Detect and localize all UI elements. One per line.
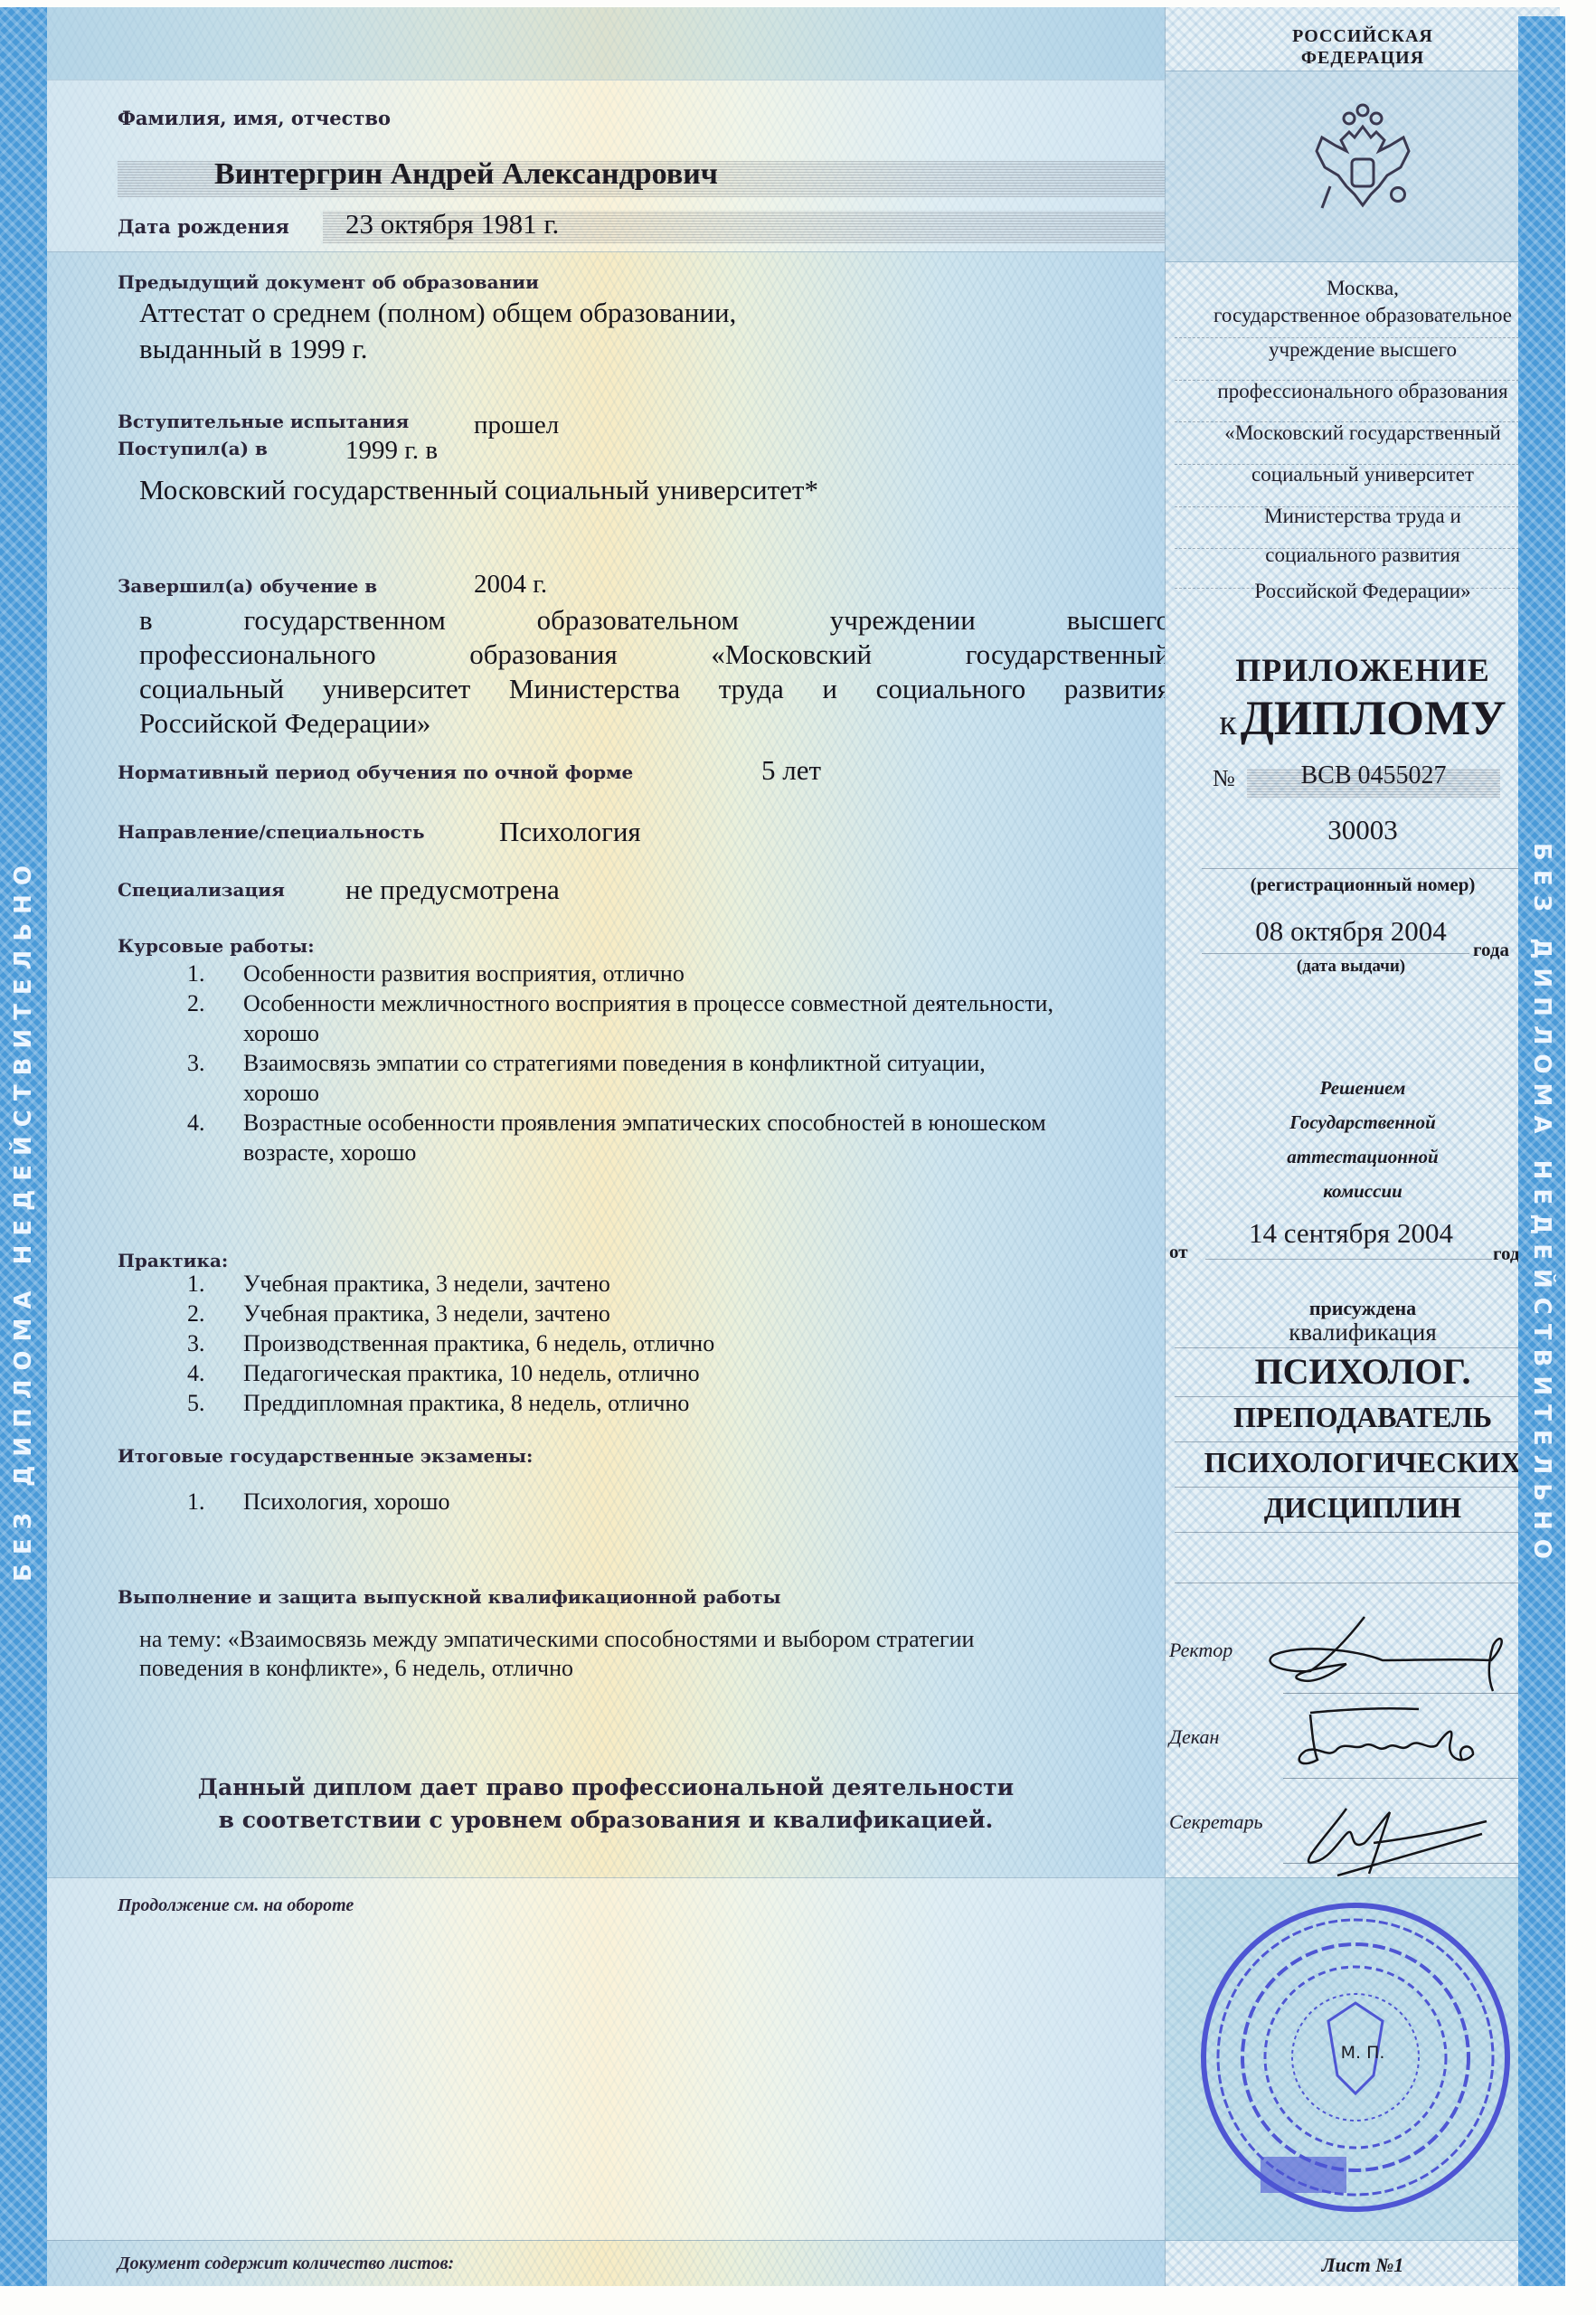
issue-date: 08 октября 2004 <box>1202 915 1500 948</box>
thesis-line2: поведения в конфликте», 6 недель, отличн… <box>139 1655 573 1682</box>
final-exams-list: 1.Психология, хорошо <box>187 1487 1055 1517</box>
registration-number: 30003 <box>1166 814 1560 846</box>
practice-item: 4.Педагогическая практика, 10 недель, от… <box>187 1358 1055 1388</box>
issue-date-caption: (дата выдачи) <box>1202 957 1500 977</box>
secretary-signature-line <box>1283 1863 1542 1864</box>
divider <box>1175 588 1551 589</box>
sheets-count-note: Документ содержит количество листов: <box>118 2254 454 2274</box>
country-line1: РОССИЙСКАЯ <box>1166 25 1560 47</box>
coursework-label: Курсовые работы: <box>118 935 315 957</box>
entrance-exams-label: Вступительные испытания <box>118 411 409 432</box>
divider <box>1175 1532 1551 1533</box>
divider <box>1175 548 1551 549</box>
rights-statement-line2: в соответствии с уровнем образования и к… <box>47 1807 1165 1833</box>
birth-date-value: 23 октября 1981 г. <box>345 208 559 241</box>
secretary-signature-icon <box>1283 1807 1554 1879</box>
title-diploma-word: ДИПЛОМУ <box>1241 691 1506 745</box>
qualification-line: ПСИХОЛОГИЧЕСКИХ <box>1166 1440 1560 1485</box>
thesis-label: Выполнение и защита выпускной квалификац… <box>118 1586 781 1608</box>
thesis-line1: на тему: «Взаимосвязь между эмпатическим… <box>139 1626 974 1653</box>
institution-line: Москва, <box>1166 275 1560 302</box>
divider <box>1175 380 1551 381</box>
institution-line: профессионального образования <box>1166 371 1560 412</box>
registration-number-caption: (регистрационный номер) <box>1166 874 1560 896</box>
decision-line: Решением <box>1166 1071 1560 1105</box>
divider <box>1205 1259 1492 1260</box>
supplement-title-line2: к ДИПЛОМУ <box>1166 690 1560 746</box>
decision-line: аттестационной <box>1166 1139 1560 1174</box>
institution-line: «Московский государственный <box>1166 412 1560 454</box>
institution-line: Российской Федерации» <box>1166 573 1560 609</box>
coursework-item: 1.Особенности развития восприятия, отлич… <box>187 959 1055 988</box>
divider <box>1175 337 1551 338</box>
completion-line4: Российской Федерации» <box>139 707 430 740</box>
institution-line: Министерства труда и <box>1166 496 1560 537</box>
diploma-number: ВСВ 0455027 <box>1256 761 1491 790</box>
double-headed-eagle-icon <box>1295 97 1431 232</box>
rights-statement-line1: Данный диплом дает право профессионально… <box>47 1774 1165 1800</box>
divider <box>1175 1487 1551 1488</box>
divider <box>1175 1441 1551 1442</box>
left-security-band: БЕЗ ДИПЛОМА НЕДЕЙСТВИТЕЛЬНО <box>0 7 47 2286</box>
decision-from: от <box>1169 1241 1188 1263</box>
dean-label: Декан <box>1169 1725 1219 1749</box>
band-warning-text: БЕЗ ДИПЛОМА НЕДЕЙСТВИТЕЛЬНО <box>1528 843 1555 1568</box>
dean-signature-line <box>1283 1778 1542 1779</box>
birth-date-label: Дата рождения <box>118 215 289 238</box>
divider <box>1175 506 1551 507</box>
band-warning-text: БЕЗ ДИПЛОМА НЕДЕЙСТВИТЕЛЬНО <box>10 856 37 1582</box>
divider <box>1175 1347 1551 1348</box>
study-period-value: 5 лет <box>761 754 821 787</box>
rector-signature-line <box>1283 1693 1542 1694</box>
coursework-list: 1.Особенности развития восприятия, отлич… <box>187 959 1055 1167</box>
qualification-line: ДИСЦИПЛИН <box>1166 1485 1560 1530</box>
completion-line1: в государственном образовательном учрежд… <box>139 604 1170 637</box>
qualification: ПСИХОЛОГ. ПРЕПОДАВАТЕЛЬ ПСИХОЛОГИЧЕСКИХ … <box>1166 1349 1560 1530</box>
previous-education-label: Предыдущий документ об образовании <box>118 271 539 293</box>
enrolled-label: Поступил(а) в <box>118 438 268 459</box>
continuation-zone <box>47 1877 1165 2241</box>
number-sign: № <box>1213 765 1235 792</box>
practice-item: 1.Учебная практика, 3 недели, зачтено <box>187 1269 1055 1299</box>
rector-label: Ректор <box>1169 1639 1232 1662</box>
qualification-line: ПСИХОЛОГ. <box>1166 1349 1560 1394</box>
decision-line: комиссии <box>1166 1174 1560 1208</box>
decision-date: 14 сентября 2004 <box>1202 1217 1500 1250</box>
institution-line: учреждение высшего <box>1166 329 1560 371</box>
divider <box>1175 464 1551 465</box>
divider <box>1175 421 1551 422</box>
previous-education-line2: выданный в 1999 г. <box>139 333 367 365</box>
practice-item: 2.Учебная практика, 3 недели, зачтено <box>187 1299 1055 1328</box>
country-line2: ФЕДЕРАЦИЯ <box>1166 47 1560 69</box>
practice-item: 5.Преддипломная практика, 8 недель, отли… <box>187 1388 1055 1418</box>
completion-year: 2004 г. <box>474 570 547 600</box>
practice-list: 1.Учебная практика, 3 недели, зачтено 2.… <box>187 1269 1055 1418</box>
top-pattern-band <box>47 7 1165 80</box>
supplement-title-line1: ПРИЛОЖЕНИЕ <box>1166 651 1560 689</box>
enrolled-institution: Московский государственный социальный ун… <box>139 474 818 506</box>
coursework-item: 2.Особенности межличностного восприятия … <box>187 988 1055 1048</box>
completion-label: Завершил(а) обучение в <box>118 575 377 597</box>
study-period-label: Нормативный период обучения по очной фор… <box>118 761 633 783</box>
specialization-label: Специализация <box>118 879 285 901</box>
divider <box>1175 1583 1551 1583</box>
completion-line2: профессионального образования «Московски… <box>139 638 1170 671</box>
main-panel: Фамилия, имя, отчество Винтергрин Андрей… <box>47 7 1165 2286</box>
coursework-item: 4.Возрастные особенности проявления эмпа… <box>187 1108 1055 1167</box>
sheet-number: Лист №1 <box>1166 2254 1560 2277</box>
qualification-word: квалификация <box>1166 1318 1560 1346</box>
fio-label: Фамилия, имя, отчество <box>118 107 391 129</box>
final-exams-label: Итоговые государственные экзамены: <box>118 1445 533 1467</box>
student-full-name: Винтергрин Андрей Александрович <box>214 157 718 192</box>
country-name: РОССИЙСКАЯ ФЕДЕРАЦИЯ <box>1166 25 1560 69</box>
completion-line3: социальный университет Министерства труд… <box>139 673 1170 705</box>
specialty-label: Направление/специальность <box>118 821 425 843</box>
specialization-value: не предусмотрена <box>345 874 560 906</box>
diploma-supplement-sheet: БЕЗ ДИПЛОМА НЕДЕЙСТВИТЕЛЬНО Фамилия, имя… <box>0 7 1560 2286</box>
side-panel: РОССИЙСКАЯ ФЕДЕРАЦИЯ Москва, государстве… <box>1165 7 1560 2286</box>
practice-item: 3.Производственная практика, 6 недель, о… <box>187 1328 1055 1358</box>
qualification-line: ПРЕПОДАВАТЕЛЬ <box>1166 1394 1560 1440</box>
stamp-zone: М. П. <box>1166 1877 1560 2241</box>
right-security-band: БЕЗ ДИПЛОМА НЕДЕЙСТВИТЕЛЬНО <box>1518 16 1565 2286</box>
secretary-label: Секретарь <box>1169 1810 1263 1834</box>
specialty-value: Психология <box>499 816 641 848</box>
rector-signature-icon <box>1256 1613 1527 1695</box>
stamp-placeholder-label: М. П. <box>1166 2043 1560 2063</box>
previous-education-line1: Аттестат о среднем (полном) общем образо… <box>139 297 736 329</box>
title-preposition: к <box>1219 702 1236 742</box>
decision-line: Государственной <box>1166 1105 1560 1139</box>
enrolled-value: 1999 г. в <box>345 436 438 466</box>
entrance-exams-value: прошел <box>474 411 559 440</box>
divider <box>1202 953 1469 954</box>
final-exam-item: 1.Психология, хорошо <box>187 1487 1055 1517</box>
awarded-label: присуждена <box>1166 1299 1560 1318</box>
divider <box>1202 868 1524 869</box>
emblem-zone <box>1166 71 1560 262</box>
issuing-institution: Москва, государственное образовательное … <box>1166 275 1560 609</box>
coursework-item: 3.Взаимосвязь эмпатии со стратегиями пов… <box>187 1048 1055 1108</box>
continued-note: Продолжение см. на обороте <box>118 1895 354 1916</box>
institution-line: социального развития <box>1166 537 1560 573</box>
divider <box>1175 1396 1551 1397</box>
commission-decision: Решением Государственной аттестационной … <box>1166 1071 1560 1208</box>
institution-line: социальный университет <box>1166 454 1560 496</box>
institution-line: государственное образовательное <box>1166 302 1560 329</box>
